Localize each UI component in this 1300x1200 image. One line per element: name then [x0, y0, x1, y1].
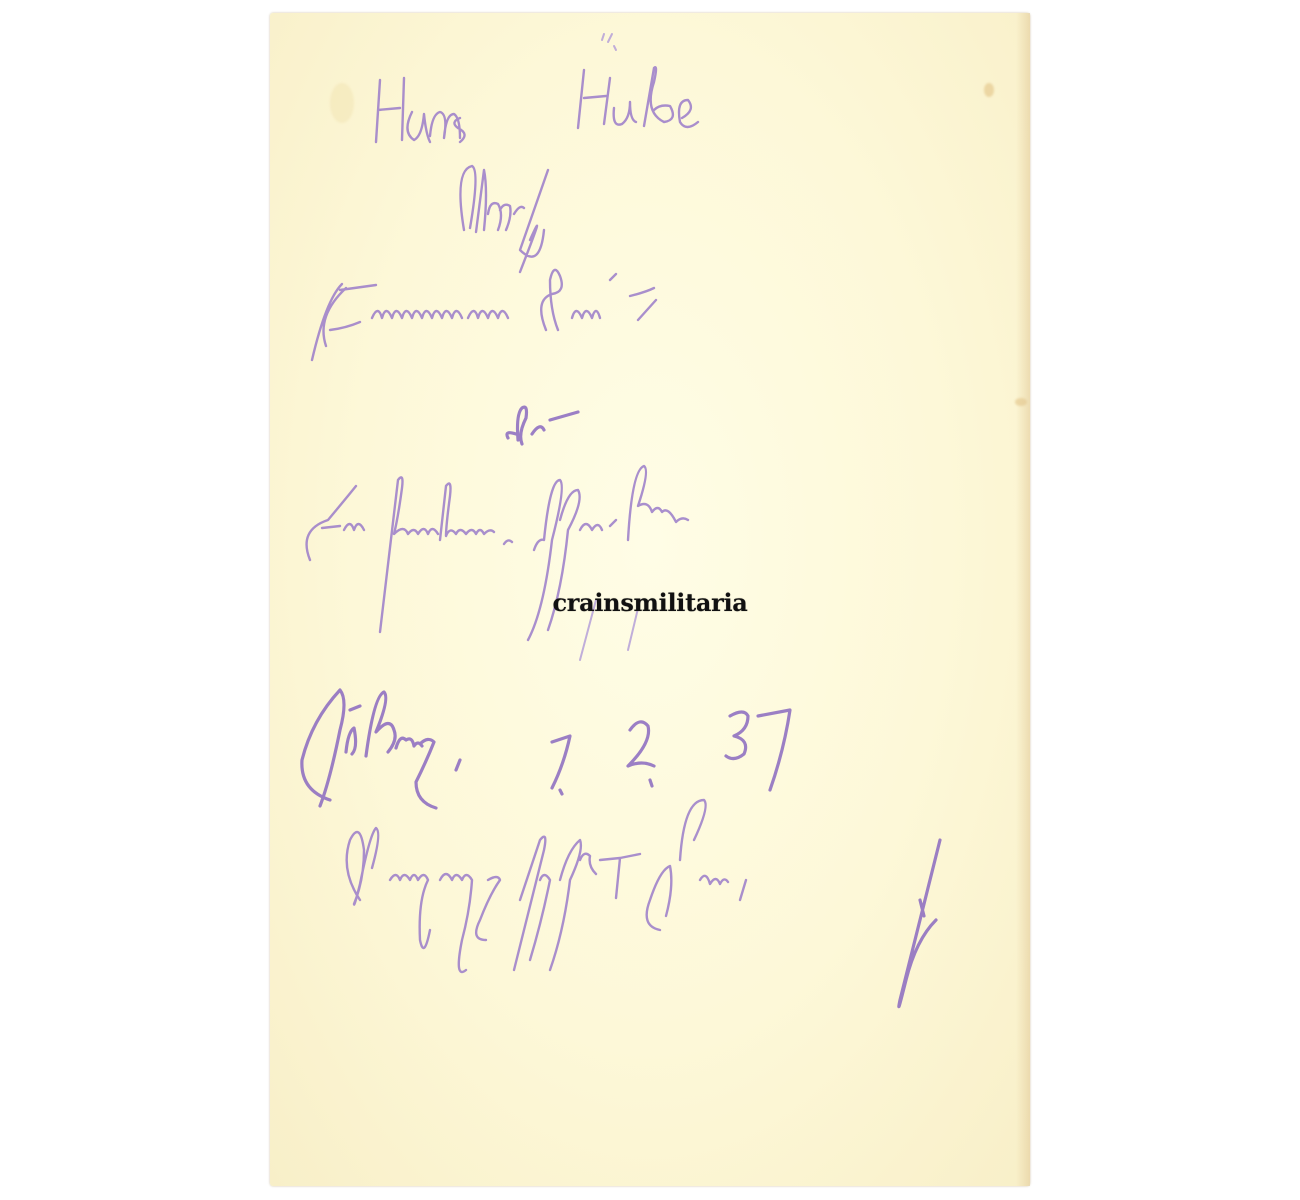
handwritten-name: Hans Hube [370, 80, 643, 136]
handwritten-article: der [500, 395, 568, 441]
handwritten-rank: Oberst [455, 168, 620, 224]
handwritten-unit: Infanterieschule [300, 490, 798, 560]
handwritten-place-date: Döberitz, 7.2.37 [300, 690, 856, 769]
foxing-stain [1015, 398, 1027, 406]
handwritten-location: Olympisches Dorf [340, 840, 898, 913]
corner-mark: n.s. [596, 30, 618, 44]
watermark: crainsmilitaria [520, 588, 780, 617]
foxing-stain [984, 83, 994, 97]
foxing-stain [330, 83, 354, 123]
handwritten-title: Kommandeur [312, 284, 666, 344]
